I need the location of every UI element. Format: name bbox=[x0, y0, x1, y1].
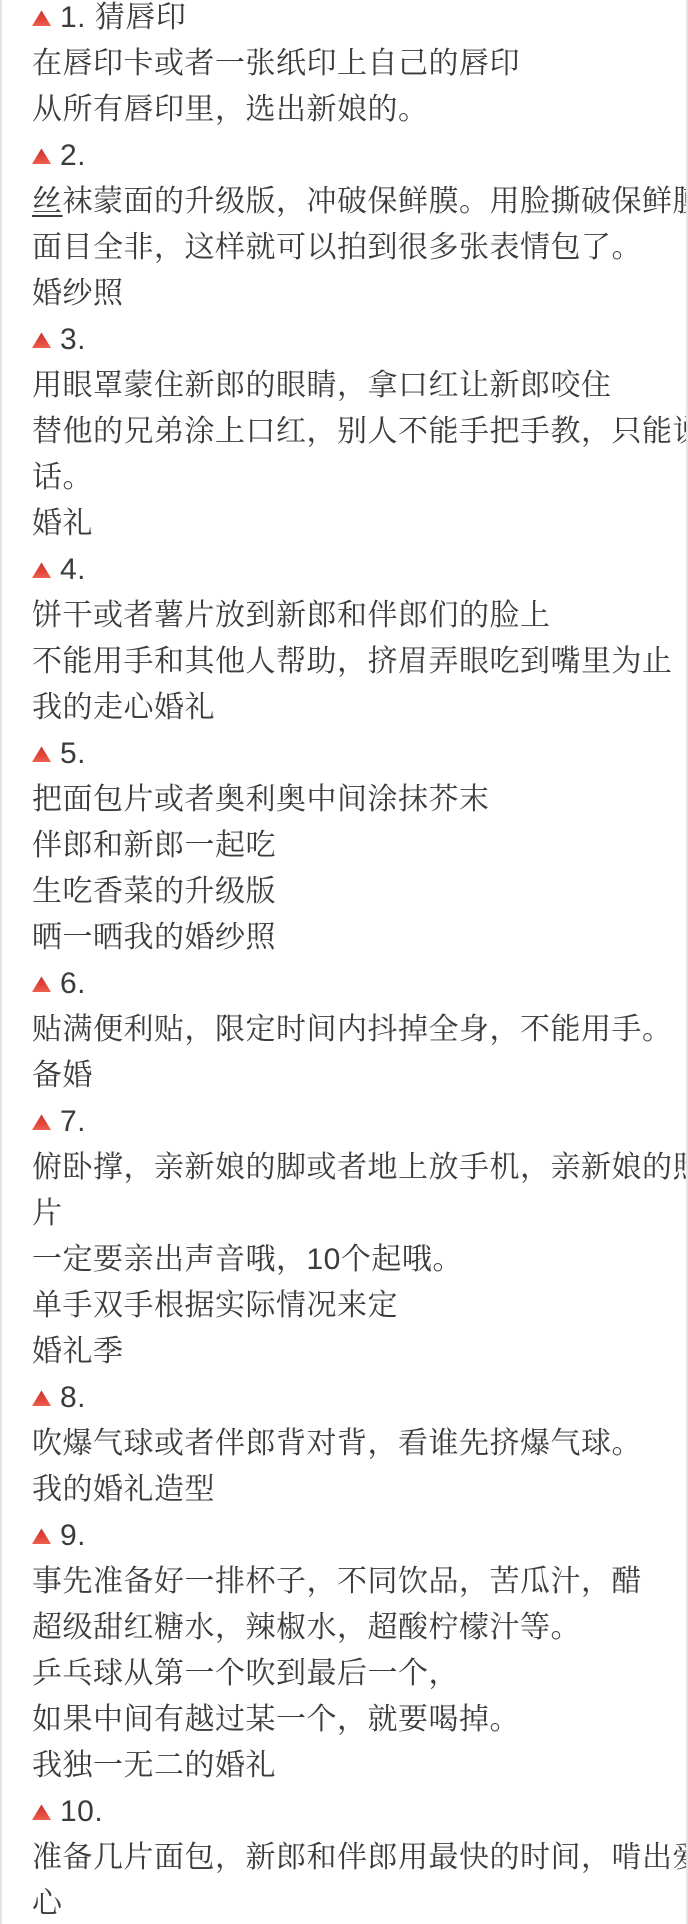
list-item-heading: 5. bbox=[32, 731, 668, 777]
list-item-number: 9. bbox=[60, 1513, 86, 1559]
wedding-game-list: 1. 猜唇印在唇印卡或者一张纸印上自己的唇印从所有唇印里，选出新娘的。2.丝袜蒙… bbox=[2, 0, 686, 1924]
list-item-text-line: 准备几片面包，新郎和伴郎用最快的时间，啃出爱 bbox=[32, 1835, 668, 1881]
list-item-heading: 6. bbox=[32, 961, 668, 1007]
list-item-text-line: 不能用手和其他人帮助，挤眉弄眼吃到嘴里为止 bbox=[32, 639, 668, 685]
triangle-up-icon bbox=[32, 1528, 51, 1544]
list-item-text-line: 用眼罩蒙住新郎的眼睛，拿口红让新郎咬住 bbox=[32, 363, 668, 409]
list-item-number: 5. bbox=[60, 731, 86, 777]
list-item-heading: 2. bbox=[32, 133, 668, 179]
list-item-heading: 9. bbox=[32, 1513, 668, 1559]
list-item-text-line: 晒一晒我的婚纱照 bbox=[32, 915, 668, 961]
list-item-text-line: 替他的兄弟涂上口红，别人不能手把手教，只能说 bbox=[32, 409, 668, 455]
list-item-number: 4. bbox=[60, 547, 86, 593]
triangle-up-icon bbox=[32, 332, 51, 348]
list-item-number: 1. 猜唇印 bbox=[60, 0, 186, 41]
list-item-text-line: 面目全非，这样就可以拍到很多张表情包了。 bbox=[32, 225, 668, 271]
article-page: 1. 猜唇印在唇印卡或者一张纸印上自己的唇印从所有唇印里，选出新娘的。2.丝袜蒙… bbox=[0, 0, 688, 1924]
list-item-text-line: 生吃香菜的升级版 bbox=[32, 869, 668, 915]
list-item-text-line: 一定要亲出声音哦，10个起哦。 bbox=[32, 1237, 668, 1283]
list-item-heading: 8. bbox=[32, 1375, 668, 1421]
list-item-text-line: 我独一无二的婚礼 bbox=[32, 1743, 668, 1789]
underlined-text: 丝 bbox=[32, 185, 63, 218]
list-item-heading: 7. bbox=[32, 1099, 668, 1145]
list-item-text-line: 片 bbox=[32, 1191, 668, 1237]
list-item-text-line: 单手双手根据实际情况来定 bbox=[32, 1283, 668, 1329]
list-item-text-line: 话。 bbox=[32, 455, 668, 501]
list-item-text-line: 备婚 bbox=[32, 1053, 668, 1099]
triangle-up-icon bbox=[32, 148, 51, 164]
list-item-text-line: 吹爆气球或者伴郎背对背，看谁先挤爆气球。 bbox=[32, 1421, 668, 1467]
list-item-text-line: 丝袜蒙面的升级版，冲破保鲜膜。用脸撕破保鲜膜 bbox=[32, 179, 668, 225]
triangle-up-icon bbox=[32, 1114, 51, 1130]
list-item-text-line: 事先准备好一排杯子，不同饮品，苦瓜汁，醋 bbox=[32, 1559, 668, 1605]
triangle-up-icon bbox=[32, 976, 51, 992]
list-item-text-line: 从所有唇印里，选出新娘的。 bbox=[32, 87, 668, 133]
list-item-text-line: 俯卧撑，亲新娘的脚或者地上放手机，亲新娘的照 bbox=[32, 1145, 668, 1191]
triangle-up-icon bbox=[32, 562, 51, 578]
list-item-text-line: 心 bbox=[32, 1881, 668, 1924]
list-item-text-line: 贴满便利贴，限定时间内抖掉全身，不能用手。 bbox=[32, 1007, 668, 1053]
list-item-number: 7. bbox=[60, 1099, 86, 1145]
list-item-text-line: 婚礼季 bbox=[32, 1329, 668, 1375]
list-item-number: 2. bbox=[60, 133, 86, 179]
list-item-text-line: 如果中间有越过某一个，就要喝掉。 bbox=[32, 1697, 668, 1743]
list-item-number: 3. bbox=[60, 317, 86, 363]
list-item-text-line: 婚礼 bbox=[32, 501, 668, 547]
list-item-text-line: 婚纱照 bbox=[32, 271, 668, 317]
list-item-text-line: 把面包片或者奥利奥中间涂抹芥末 bbox=[32, 777, 668, 823]
list-item-text-line: 乒乓球从第一个吹到最后一个， bbox=[32, 1651, 668, 1697]
list-item-text-line: 我的走心婚礼 bbox=[32, 685, 668, 731]
triangle-up-icon bbox=[32, 1804, 51, 1820]
triangle-up-icon bbox=[32, 1390, 51, 1406]
list-item-text-line: 伴郎和新郎一起吃 bbox=[32, 823, 668, 869]
list-item-text-line: 在唇印卡或者一张纸印上自己的唇印 bbox=[32, 41, 668, 87]
list-item-text-line: 我的婚礼造型 bbox=[32, 1467, 668, 1513]
list-item-text-line: 超级甜红糖水，辣椒水，超酸柠檬汁等。 bbox=[32, 1605, 668, 1651]
list-item-heading: 10. bbox=[32, 1789, 668, 1835]
list-item-text-line: 饼干或者薯片放到新郎和伴郎们的脸上 bbox=[32, 593, 668, 639]
triangle-up-icon bbox=[32, 10, 51, 26]
list-item-heading: 3. bbox=[32, 317, 668, 363]
list-item-heading: 4. bbox=[32, 547, 668, 593]
list-item-number: 6. bbox=[60, 961, 86, 1007]
list-item-number: 10. bbox=[60, 1789, 103, 1835]
list-item-number: 8. bbox=[60, 1375, 86, 1421]
triangle-up-icon bbox=[32, 746, 51, 762]
list-item-heading: 1. 猜唇印 bbox=[32, 0, 668, 41]
